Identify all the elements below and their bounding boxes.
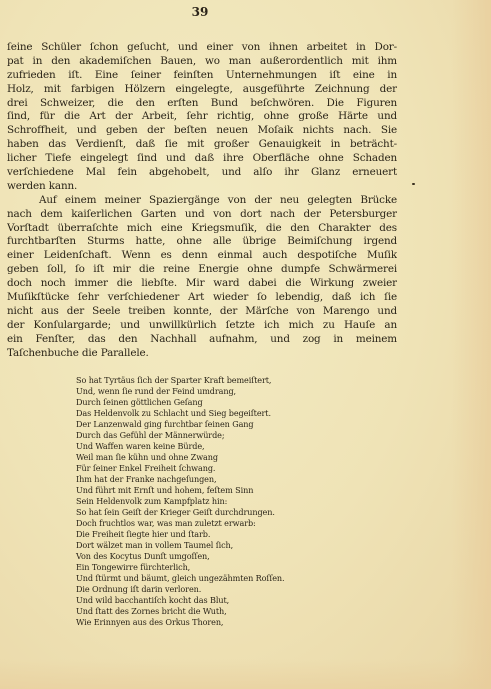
prose-line: einer Leidenſchaft. Wenn es denn einmal … bbox=[7, 249, 397, 263]
prose-line: furchtbarſten Sturms hatte, ohne alle üb… bbox=[7, 235, 397, 249]
prose-line: verſchiedene Mal fein abgehobelt, und al… bbox=[7, 166, 397, 180]
prose-line: ein Fenſter, das den Nachhall aufnahm, u… bbox=[7, 333, 397, 347]
book-page: 39 ſeine Schüler ſchon geſucht, und eine… bbox=[0, 0, 491, 689]
prose-line: doch noch immer die liebſte. Mir ward da… bbox=[7, 277, 397, 291]
poem-line: Ihm hat der Franke nachgeſungen, bbox=[76, 474, 376, 485]
poem-line: Von des Kocytus Dunſt umgoſſen, bbox=[76, 551, 376, 562]
prose-line: Vorſtadt überraſchte mich eine Kriegsmuſ… bbox=[7, 222, 397, 236]
page-edge-shading bbox=[451, 0, 491, 689]
poem-line: Und wild bacchantiſch kocht das Blut, bbox=[76, 595, 376, 606]
poem-line: Die Ordnung iſt darin verloren. bbox=[76, 584, 376, 595]
poem-line: Die Freiheit ſiegte hier und ſtarb. bbox=[76, 529, 376, 540]
poem-line: Und führt mit Ernſt und hohem, feſtem Si… bbox=[76, 485, 376, 496]
poem-line: Dort wälzet man in vollem Taumel ſich, bbox=[76, 540, 376, 551]
poem-line: Sein Heldenvolk zum Kampfplatz hin: bbox=[76, 496, 376, 507]
prose-line: haben das Verdienſt, daß ſie mit großer … bbox=[7, 138, 397, 152]
prose-block: ſeine Schüler ſchon geſucht, und einer v… bbox=[7, 41, 397, 360]
poem-line: Durch ſeinen göttlichen Geſang bbox=[76, 397, 376, 408]
prose-line: Schroffheit, und geben der beſten neuen … bbox=[7, 124, 397, 138]
prose-line: geben ſoll, ſo iſt mir die reine Energie… bbox=[7, 263, 397, 277]
prose-line: drei Schweizer, die den erſten Bund beſc… bbox=[7, 97, 397, 111]
prose-line: Holz, mit farbigen Hölzern eingelegte, a… bbox=[7, 83, 397, 97]
poem-line: Weil man ſie kühn und ohne Zwang bbox=[76, 452, 376, 463]
poem-line: Und, wenn ſie rund der Feind umdrang, bbox=[76, 386, 376, 397]
prose-line: ſind, für die Art der Arbeit, ſehr richt… bbox=[7, 110, 397, 124]
prose-line: zufrieden iſt. Eine ſeiner feinſten Unte… bbox=[7, 69, 397, 83]
poem-line: Der Lanzenwald ging furchtbar ſeinen Gan… bbox=[76, 419, 376, 430]
poem-line: Durch das Gefühl der Männerwürde; bbox=[76, 430, 376, 441]
prose-line: der Konſulargarde; und unwillkürlich ſet… bbox=[7, 319, 397, 333]
ink-speck bbox=[412, 183, 415, 185]
poem-line: Ein Tongewirre fürchterlich, bbox=[76, 562, 376, 573]
page-bottom-shading bbox=[0, 659, 491, 689]
poem-line: Wie Erinnyen aus des Orkus Thoren, bbox=[76, 617, 376, 628]
prose-line: nicht aus der Seele treiben konnte, der … bbox=[7, 305, 397, 319]
poem-line: Und Waffen waren keine Bürde, bbox=[76, 441, 376, 452]
prose-line: Taſchenbuche die Parallele. bbox=[7, 347, 397, 361]
poem-line: Und ſtatt des Zornes bricht die Wuth, bbox=[76, 606, 376, 617]
prose-line: licher Tiefe eingelegt ſind und daß ihre… bbox=[7, 152, 397, 166]
prose-line: nach dem kaiſerlichen Garten und von dor… bbox=[7, 208, 397, 222]
poem-line: Für ſeiner Enkel Freiheit ſchwang. bbox=[76, 463, 376, 474]
poem-line: Das Heldenvolk zu Schlacht und Sieg bege… bbox=[76, 408, 376, 419]
prose-line: werden kann. bbox=[7, 180, 397, 194]
poem-line: So hat Tyrtäus ſich der Sparter Kraft be… bbox=[76, 375, 376, 386]
page-number: 39 bbox=[0, 5, 400, 19]
poem-line: Und ſtürmt und bäumt, gleich ungezähmten… bbox=[76, 573, 376, 584]
poem-line: So hat ſein Geiſt der Krieger Geiſt durc… bbox=[76, 507, 376, 518]
prose-line: Muſikſtücke ſehr verſchiedener Art wiede… bbox=[7, 291, 397, 305]
paragraph-start-line: Auf einem meiner Spaziergänge von der ne… bbox=[7, 194, 397, 208]
prose-line: ſeine Schüler ſchon geſucht, und einer v… bbox=[7, 41, 397, 55]
prose-line: pat in den akademiſchen Bauen, wo man au… bbox=[7, 55, 397, 69]
poem-line: Doch fruchtlos war, was man zuletzt erwa… bbox=[76, 518, 376, 529]
poem-block: So hat Tyrtäus ſich der Sparter Kraft be… bbox=[76, 375, 376, 628]
